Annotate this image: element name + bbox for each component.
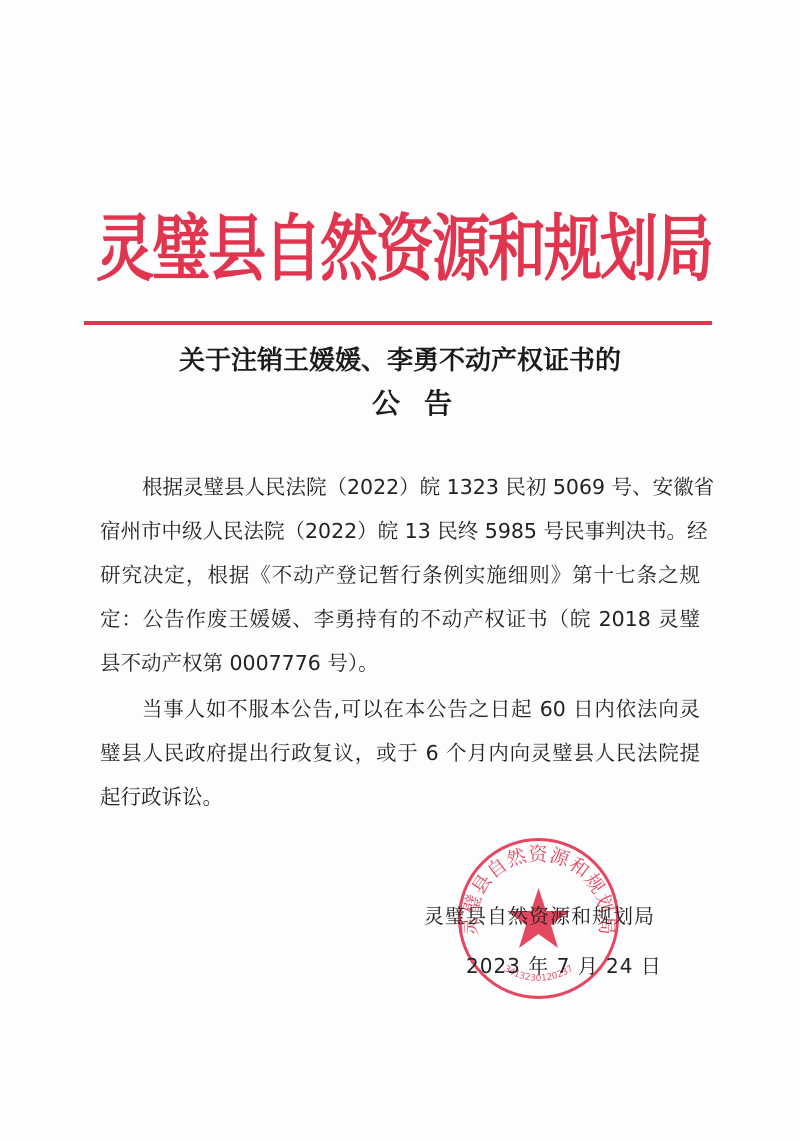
signature-organization: 灵璧县自然资源和规划局 (424, 900, 655, 929)
paragraph-1-line: 根据灵璧县人民法院（2022）皖 1323 民初 5069 号、安徽省 (142, 470, 700, 500)
paragraph-1-line: 研究决定，根据《不动产登记暂行条例实施细则》第十七条之规 (100, 558, 700, 588)
document-page: 灵璧县自然资源和规划局 关于注销王媛媛、李勇不动产权证书的 公告 根据灵璧县人民… (0, 0, 800, 1141)
letterhead-red-divider (84, 321, 712, 325)
signature-date: 2023 年 7 月 24 日 (466, 950, 662, 979)
document-title: 关于注销王媛媛、李勇不动产权证书的 (100, 340, 700, 377)
organization-letterhead: 灵璧县自然资源和规划局 (96, 190, 706, 295)
paragraph-1-line: 定：公告作废王媛媛、李勇持有的不动产权证书（皖 2018 灵璧 (100, 602, 700, 632)
paragraph-2-line: 起行政诉讼。 (100, 780, 700, 810)
paragraph-1-line: 县不动产权第 0007776 号）。 (100, 646, 700, 676)
paragraph-1-line: 宿州市中级人民法院（2022）皖 13 民终 5985 号民事判决书。经 (100, 514, 700, 544)
paragraph-2-line: 当事人如不服本公告,可以在本公告之日起 60 日内依法向灵 (142, 692, 700, 722)
document-title-notice: 公告 (100, 382, 724, 422)
paragraph-2-line: 璧县人民政府提出行政复议，或于 6 个月内向灵璧县人民法院提 (100, 736, 700, 766)
